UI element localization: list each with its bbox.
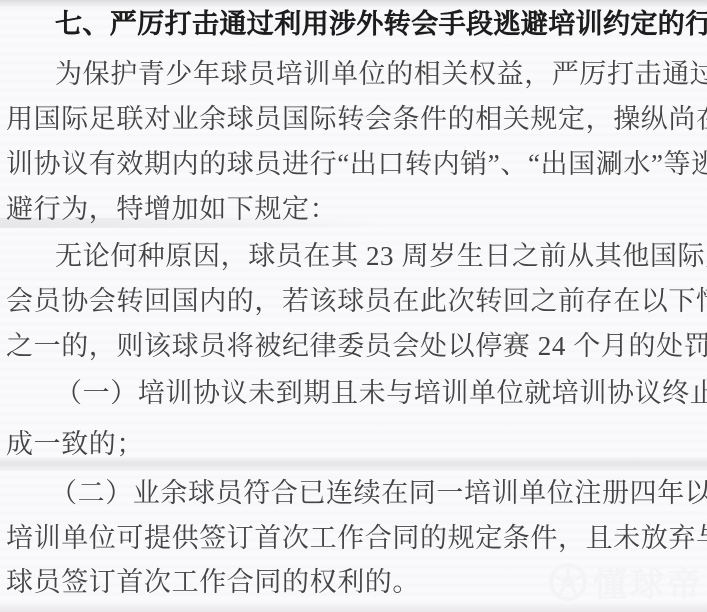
football-icon — [548, 562, 588, 602]
section-title: 七、严厉打击通过利用涉外转会手段逃避培训约定的行为 — [55, 8, 707, 41]
watermark-text: 懂球帝 — [593, 557, 704, 606]
paragraph-2-line-2: 会员协会转回国内的，若该球员在此次转回之前存在以下情形 — [6, 285, 707, 318]
item-2-line-3: 球员签订首次工作合同的权利的。 — [6, 566, 420, 599]
paragraph-1-line-1: 为保护青少年球员培训单位的相关权益，严厉打击通过利 — [55, 58, 707, 91]
item-2-line-2: 培训单位可提供签订首次工作合同的规定条件，且未放弃与该 — [6, 522, 707, 555]
paragraph-1-line-4: 避行为，特增加如下规定： — [6, 193, 337, 226]
scan-shadow-band-bottom — [0, 604, 707, 612]
item-1-line-1: （一）培训协议未到期且未与培训单位就培训协议终止达 — [55, 377, 707, 410]
paragraph-2-line-3: 之一的，则该球员将被纪律委员会处以停赛 24 个月的处罚： — [6, 330, 707, 363]
item-1-line-2: 成一致的； — [6, 428, 144, 461]
paragraph-2-line-1: 无论何种原因，球员在其 23 周岁生日之前从其他国际足联 — [55, 240, 707, 273]
paragraph-1-line-3: 训协议有效期内的球员进行“出口转内销”、“出国涮水”等逃 — [6, 148, 707, 181]
item-2-line-1: （二）业余球员符合已连续在同一培训单位注册四年以上， — [50, 477, 707, 510]
scan-shadow-band-top — [0, 0, 707, 7]
paragraph-1-line-2: 用国际足联对业余球员国际转会条件的相关规定，操纵尚在培 — [6, 103, 707, 136]
watermark: 懂球帝 — [548, 557, 704, 606]
